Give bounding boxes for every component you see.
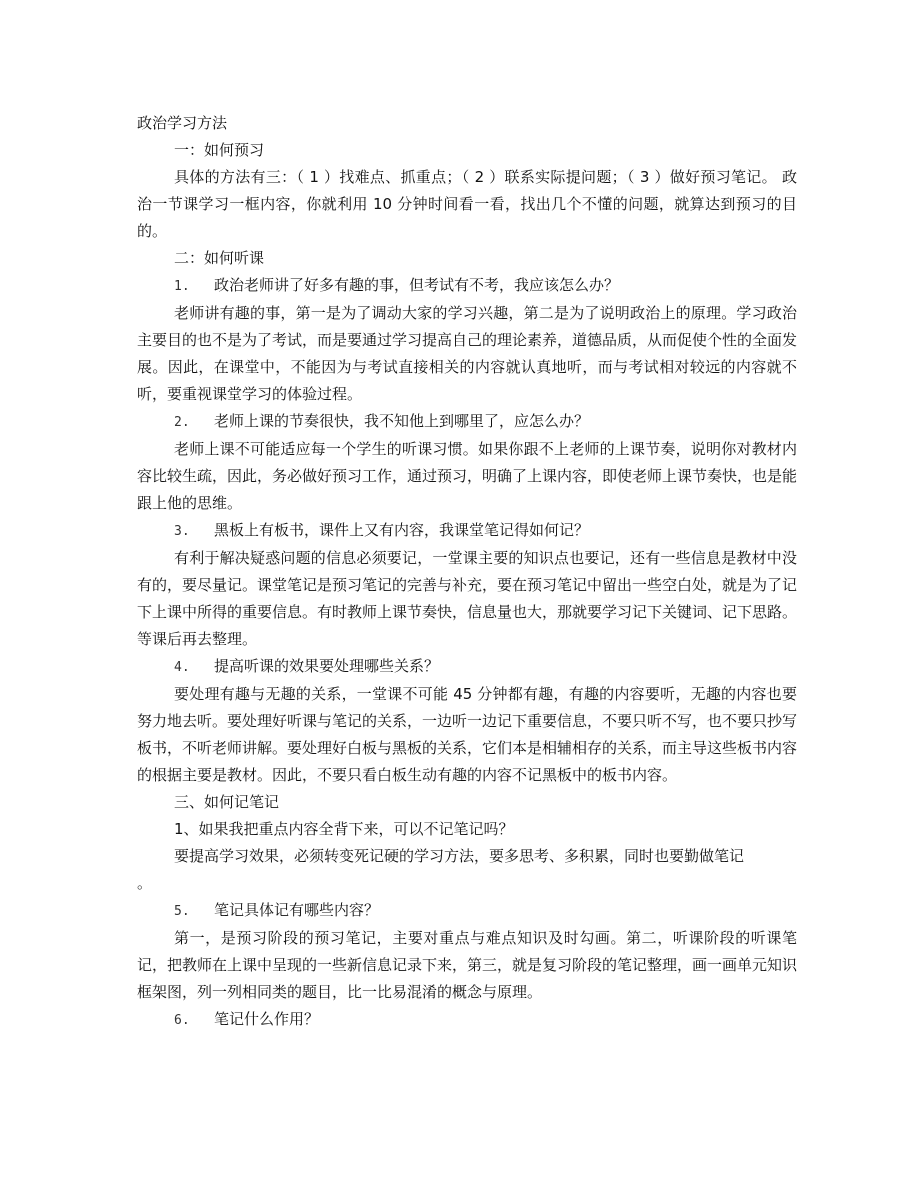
question-4: 4.提高听课的效果要处理哪些关系？ xyxy=(137,653,797,681)
question-number: 6. xyxy=(174,1007,214,1034)
question-number: 2. xyxy=(174,409,214,436)
notes-question-1: 1、如果我把重点内容全背下来，可以不记笔记吗？ xyxy=(137,816,797,843)
question-number: 4. xyxy=(174,654,214,681)
answer-1: 老师讲有趣的事，第一是为了调动大家的学习兴趣，第二是为了说明政治上的原理。学习政… xyxy=(137,300,797,408)
question-2: 2.老师上课的节奏很快，我不知他上到哪里了，应怎么办？ xyxy=(137,408,797,436)
question-text: 政治老师讲了好多有趣的事，但考试有不考，我应该怎么办？ xyxy=(214,276,619,294)
notes-answer-1-line2: 。 xyxy=(137,870,797,897)
question-number: 1. xyxy=(174,273,214,300)
question-1: 1.政治老师讲了好多有趣的事，但考试有不考，我应该怎么办？ xyxy=(137,272,797,300)
question-text: 黑板上有板书，课件上又有内容，我课堂笔记得如何记？ xyxy=(214,521,589,539)
answer-2: 老师上课不可能适应每一个学生的听课习惯。如果你跟不上老师的上课节奏，说明你对教材… xyxy=(137,436,797,517)
section-heading-preview: 一：如何预习 xyxy=(137,137,797,164)
answer-4: 要处理有趣与无趣的关系，一堂课不可能 45 分钟都有趣，有趣的内容要听，无趣的内… xyxy=(137,681,797,789)
section-heading-listening: 二：如何听课 xyxy=(137,245,797,272)
question-text: 笔记什么作用？ xyxy=(214,1010,319,1028)
question-text: 笔记具体记有哪些内容？ xyxy=(214,901,379,919)
document-title: 政治学习方法 xyxy=(137,110,797,137)
question-text: 老师上课的节奏很快，我不知他上到哪里了，应怎么办？ xyxy=(214,412,589,430)
question-number: 1、 xyxy=(174,820,199,838)
question-number: 5. xyxy=(174,898,214,925)
notes-answer-1-line1: 要提高学习效果，必须转变死记硬的学习方法，要多思考、多积累，同时也要勤做笔记 xyxy=(137,843,797,870)
question-text: 如果我把重点内容全背下来，可以不记笔记吗？ xyxy=(199,820,514,838)
question-number: 3. xyxy=(174,518,214,545)
document-page: 政治学习方法 一：如何预习 具体的方法有三：（ 1 ）找难点、抓重点；（ 2 ）… xyxy=(137,110,797,1034)
section-heading-notes: 三、如何记笔记 xyxy=(137,789,797,816)
question-text: 提高听课的效果要处理哪些关系？ xyxy=(214,657,439,675)
answer-3: 有利于解决疑惑问题的信息必须要记，一堂课主要的知识点也要记，还有一些信息是教材中… xyxy=(137,545,797,653)
question-6: 6.笔记什么作用？ xyxy=(137,1006,797,1034)
paragraph-preview-methods: 具体的方法有三：（ 1 ）找难点、抓重点；（ 2 ）联系实际提问题；（ 3 ）做… xyxy=(137,164,797,245)
question-5: 5.笔记具体记有哪些内容？ xyxy=(137,897,797,925)
answer-5: 第一，是预习阶段的预习笔记，主要对重点与难点知识及时勾画。第二，听课阶段的听课笔… xyxy=(137,925,797,1006)
question-3: 3.黑板上有板书，课件上又有内容，我课堂笔记得如何记？ xyxy=(137,517,797,545)
